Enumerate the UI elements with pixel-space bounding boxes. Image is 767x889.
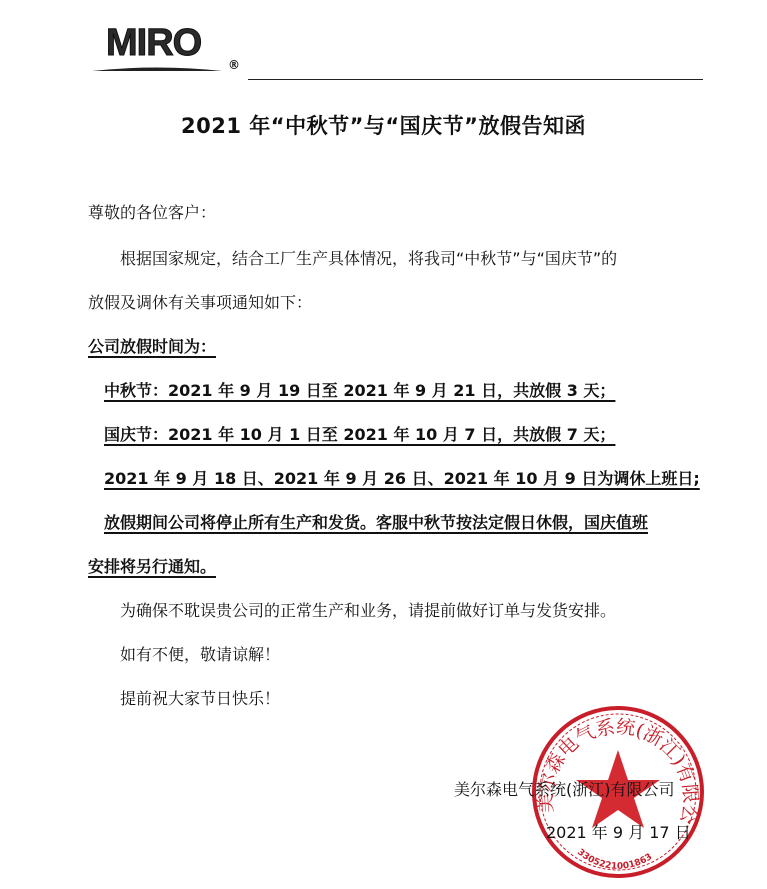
intro-line-1: 根据国家规定，结合工厂生产具体情况，将我司“中秋节”与“国庆节”的: [120, 249, 617, 269]
holiday-notice-line-1: 放假期间公司将停止所有生产和发货。客服中秋节按法定假日休假，国庆值班: [104, 513, 648, 533]
signature-company: 美尔森电气系统(浙江)有限公司: [454, 777, 675, 800]
signature-date: 2021 年 9 月 17 日: [546, 820, 691, 843]
holiday-notice-line-2: 安排将另行通知。: [88, 557, 216, 577]
intro-line-2: 放假及调休有关事项通知如下：: [88, 293, 312, 313]
holiday-item-makeup-workdays: 2021 年 9 月 18 日、2021 年 9 月 26 日、2021 年 1…: [104, 469, 700, 489]
closing-line-1: 为确保不耽误贵公司的正常生产和业务，请提前做好订单与发货安排。: [120, 601, 616, 621]
holiday-item-mid-autumn: 中秋节：2021 年 9 月 19 日至 2021 年 9 月 21 日，共放假…: [104, 381, 615, 401]
logo-text: MIRO: [106, 22, 201, 65]
logo-swoosh-icon: [92, 66, 222, 72]
holiday-item-national-day: 国庆节：2021 年 10 月 1 日至 2021 年 10 月 7 日，共放假…: [104, 425, 615, 445]
header-divider: [248, 79, 703, 80]
closing-line-3: 提前祝大家节日快乐！: [120, 689, 280, 709]
closing-line-2: 如有不便，敬请谅解！: [120, 645, 280, 665]
company-logo: MIRO ®: [92, 22, 242, 74]
greeting: 尊敬的各位客户：: [88, 203, 216, 223]
page-title: 2021 年“中秋节”与“国庆节”放假告知函: [0, 110, 767, 140]
registered-mark: ®: [228, 58, 240, 72]
holiday-heading: 公司放假时间为：: [88, 337, 216, 357]
